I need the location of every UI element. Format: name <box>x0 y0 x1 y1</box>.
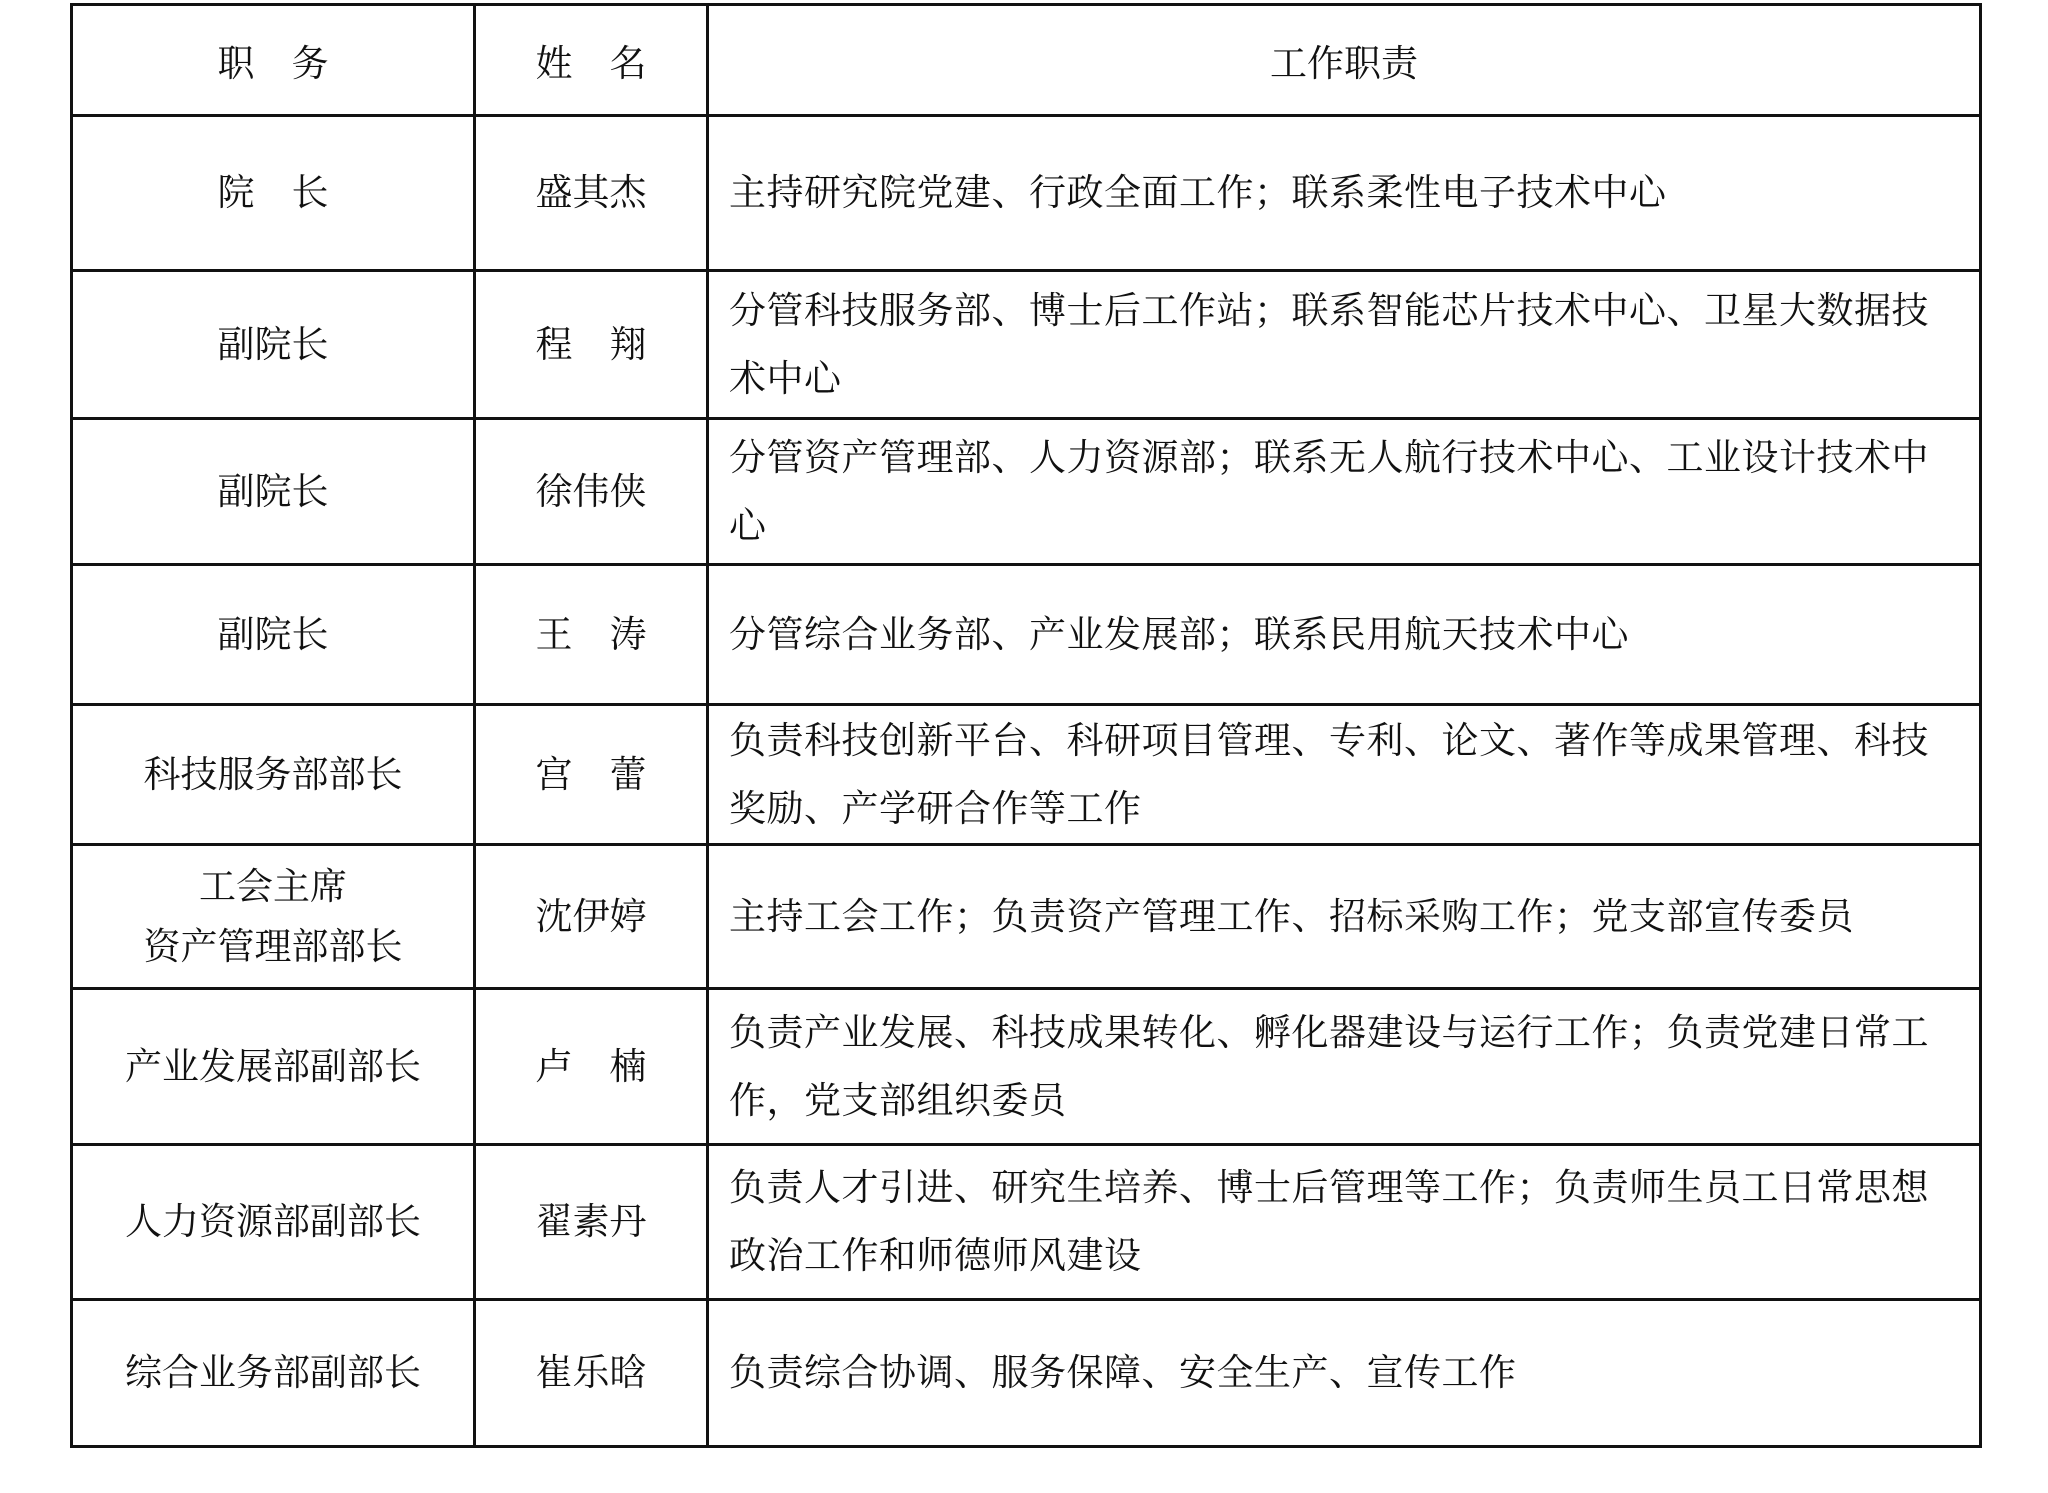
name-cell: 程 翔 <box>475 271 708 419</box>
header-position: 职 务 <box>72 5 475 116</box>
table-row: 人力资源部副部长 翟素丹 负责人才引进、研究生培养、博士后管理等工作；负责师生员… <box>72 1145 1981 1300</box>
duties-cell: 分管科技服务部、博士后工作站；联系智能芯片技术中心、卫星大数据技术中心 <box>708 271 1981 419</box>
duties-cell: 主持研究院党建、行政全面工作；联系柔性电子技术中心 <box>708 116 1981 271</box>
header-name: 姓 名 <box>475 5 708 116</box>
duties-cell: 主持工会工作；负责资产管理工作、招标采购工作；党支部宣传委员 <box>708 845 1981 989</box>
name-cell: 徐伟侠 <box>475 419 708 565</box>
duties-cell: 负责人才引进、研究生培养、博士后管理等工作；负责师生员工日常思想政治工作和师德师… <box>708 1145 1981 1300</box>
position-text: 院 长 <box>73 163 473 223</box>
name-cell: 崔乐晗 <box>475 1300 708 1447</box>
header-duties: 工作职责 <box>708 5 1981 116</box>
header-row: 职 务 姓 名 工作职责 <box>72 5 1981 116</box>
name-cell: 翟素丹 <box>475 1145 708 1300</box>
position-text: 科技服务部部长 <box>73 745 473 805</box>
table-row: 综合业务部副部长 崔乐晗 负责综合协调、服务保障、安全生产、宣传工作 <box>72 1300 1981 1447</box>
position-cell: 工会主席 资产管理部部长 <box>72 845 475 989</box>
table-row: 院 长 盛其杰 主持研究院党建、行政全面工作；联系柔性电子技术中心 <box>72 116 1981 271</box>
position-cell: 副院长 <box>72 271 475 419</box>
position-text: 副院长 <box>73 462 473 522</box>
table-row: 产业发展部副部长 卢 楠 负责产业发展、科技成果转化、孵化器建设与运行工作；负责… <box>72 989 1981 1145</box>
position-text: 副院长 <box>73 315 473 375</box>
duties-cell: 负责综合协调、服务保障、安全生产、宣传工作 <box>708 1300 1981 1447</box>
position-cell: 科技服务部部长 <box>72 705 475 845</box>
name-cell: 王 涛 <box>475 565 708 705</box>
table-row: 副院长 王 涛 分管综合业务部、产业发展部；联系民用航天技术中心 <box>72 565 1981 705</box>
position-text: 人力资源部副部长 <box>73 1192 473 1252</box>
duties-cell: 分管综合业务部、产业发展部；联系民用航天技术中心 <box>708 565 1981 705</box>
duties-cell: 负责产业发展、科技成果转化、孵化器建设与运行工作；负责党建日常工作，党支部组织委… <box>708 989 1981 1145</box>
duties-cell: 分管资产管理部、人力资源部；联系无人航行技术中心、工业设计技术中心 <box>708 419 1981 565</box>
table-row: 科技服务部部长 宫 蕾 负责科技创新平台、科研项目管理、专利、论文、著作等成果管… <box>72 705 1981 845</box>
position-text: 工会主席 <box>73 857 473 917</box>
duties-cell: 负责科技创新平台、科研项目管理、专利、论文、著作等成果管理、科技奖励、产学研合作… <box>708 705 1981 845</box>
position-text: 产业发展部副部长 <box>73 1037 473 1097</box>
table-row: 工会主席 资产管理部部长 沈伊婷 主持工会工作；负责资产管理工作、招标采购工作；… <box>72 845 1981 989</box>
name-cell: 卢 楠 <box>475 989 708 1145</box>
table-row: 副院长 程 翔 分管科技服务部、博士后工作站；联系智能芯片技术中心、卫星大数据技… <box>72 271 1981 419</box>
position-cell: 院 长 <box>72 116 475 271</box>
name-cell: 沈伊婷 <box>475 845 708 989</box>
position-cell: 产业发展部副部长 <box>72 989 475 1145</box>
position-text: 综合业务部副部长 <box>73 1343 473 1403</box>
position-text: 资产管理部部长 <box>73 917 473 977</box>
name-cell: 盛其杰 <box>475 116 708 271</box>
position-text: 副院长 <box>73 605 473 665</box>
name-cell: 宫 蕾 <box>475 705 708 845</box>
table-row: 副院长 徐伟侠 分管资产管理部、人力资源部；联系无人航行技术中心、工业设计技术中… <box>72 419 1981 565</box>
position-cell: 人力资源部副部长 <box>72 1145 475 1300</box>
position-cell: 副院长 <box>72 565 475 705</box>
position-cell: 副院长 <box>72 419 475 565</box>
position-cell: 综合业务部副部长 <box>72 1300 475 1447</box>
leadership-duty-table: 职 务 姓 名 工作职责 院 长 盛其杰 主持研究院党建、行政全面工作；联系柔性… <box>70 3 1982 1448</box>
